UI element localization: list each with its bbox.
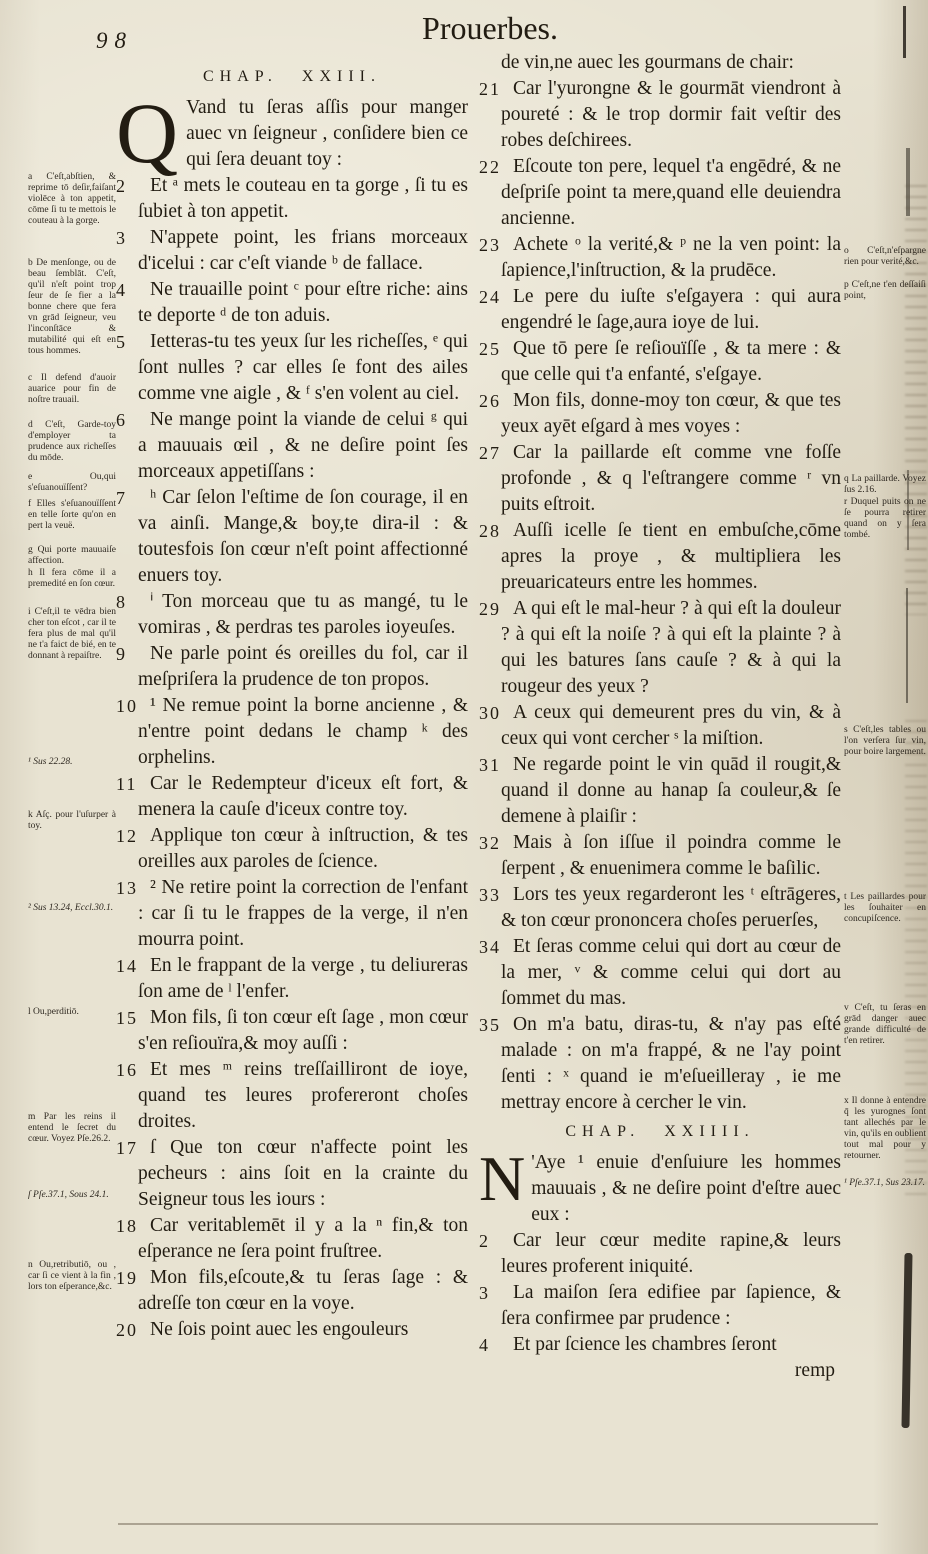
verse: 21Car l'yurongne & le gourmāt viendront … — [479, 76, 841, 154]
verse: 31Ne regarde point le vin quād il rougit… — [479, 752, 841, 830]
verse: 19Mon fils,eſcoute,& tu ſeras ſage : & a… — [116, 1265, 468, 1317]
verse: 12Applique ton cœur à inſtruction, & tes… — [116, 823, 468, 875]
verse-text: Ietteras-tu tes yeux ſur les richeſſes, … — [138, 331, 468, 404]
verse: 3La maiſon ſera edifiee par ſapience, & … — [479, 1280, 841, 1332]
verse-text: Mon fils, ſi ton cœur eſt ſage , mon cœu… — [138, 1007, 468, 1054]
verse-number: 4 — [479, 1332, 503, 1358]
verse-number: 33 — [479, 882, 503, 908]
verse-number: 2 — [116, 173, 140, 199]
verse-number: 24 — [479, 284, 503, 310]
margin-note: ¹ Sus 22.28. — [28, 757, 116, 768]
verse-number: 12 — [116, 823, 140, 849]
margin-note: l Ou,perditiō. — [28, 1007, 116, 1018]
verse-text: Achete ᵒ la verité,& ᵖ ne la ven point: … — [501, 234, 841, 281]
verse-text: Mon fils, donne-moy ton cœur, & que tes … — [501, 390, 841, 437]
verse: 35On m'a batu, diras-tu, & n'ay pas eſté… — [479, 1012, 841, 1116]
verse-20-continuation: de vin,ne auec les gourmans de chair: — [479, 50, 841, 76]
verse-number: 27 — [479, 440, 503, 466]
verse-number: 10 — [116, 693, 140, 719]
verse-text: ⁱ Ton morceau que tu as mangé, tu le vom… — [138, 591, 468, 638]
verse-number: 18 — [116, 1213, 140, 1239]
verse: 13² Ne retire point la correction de l'e… — [116, 875, 468, 953]
verse-text: Ne parle point és oreilles du fol, car i… — [138, 643, 468, 690]
verse-number: 4 — [116, 277, 140, 303]
verse: 26Mon fils, donne-moy ton cœur, & que te… — [479, 388, 841, 440]
verse-1-ch24: N'Aye ¹ enuie d'enſuiure les hommes mauu… — [479, 1150, 841, 1228]
verse-number: 19 — [116, 1265, 140, 1291]
margin-note: h Il fera cōme il a premedité en ſon cœu… — [28, 568, 116, 590]
verse: 33Lors tes yeux regarderont les ᵗ eſtrāg… — [479, 882, 841, 934]
verse: 9Ne parle point és oreilles du fol, car … — [116, 641, 468, 693]
left-margin-notes: a C'eſt,abſtien, & reprime tō deſir,faiſ… — [28, 0, 116, 1554]
margin-note: m Par les reins il entend le ſecret du c… — [28, 1112, 116, 1145]
margin-note: ſ Pſe.37.1, Sous 24.1. — [28, 1190, 116, 1201]
margin-note: ² Sus 13.24, Eccl.30.1. — [28, 903, 116, 914]
verse-text: ² Ne retire point la correction de l'enf… — [138, 877, 468, 950]
verse-number: 30 — [479, 700, 503, 726]
verse: 3N'appete point, les frians morceaux d'i… — [116, 225, 468, 277]
verse: 20Ne ſois point auec les engouleurs — [116, 1317, 468, 1343]
verse-text: Lors tes yeux regarderont les ᵗ eſtrāger… — [501, 884, 841, 931]
margin-note: a C'eſt,abſtien, & reprime tō deſir,faiſ… — [28, 172, 116, 227]
verse: 15Mon fils, ſi ton cœur eſt ſage , mon c… — [116, 1005, 468, 1057]
verse-number: 5 — [116, 329, 140, 355]
verse: 2Et ᵃ mets le couteau en ta gorge , ſi t… — [116, 173, 468, 225]
verse: 8ⁱ Ton morceau que tu as mangé, tu le vo… — [116, 589, 468, 641]
verse-number: 32 — [479, 830, 503, 856]
verse-number: 3 — [479, 1280, 503, 1306]
verse-text: ʰ Car ſelon l'eſtime de ſon courage, il … — [138, 487, 468, 586]
verse-text: Car le Redempteur d'iceux eſt fort, & me… — [138, 773, 468, 820]
verse: 4Ne trauaille point ᶜ pour eſtre riche: … — [116, 277, 468, 329]
verse: 4Et par ſcience les chambres ſeront — [479, 1332, 841, 1358]
verse-number: 9 — [116, 641, 140, 667]
verse-number: 7 — [116, 485, 140, 511]
verse-text: Ne ſois point auec les engouleurs — [150, 1319, 408, 1340]
verse-text: N'appete point, les frians morceaux d'ic… — [138, 227, 468, 274]
verse-text: Et ſeras comme celui qui dort au cœur de… — [501, 936, 841, 1009]
verse-number: 3 — [116, 225, 140, 251]
verse-text: Et mes ᵐ reins treſſailliront de ioye, q… — [138, 1059, 468, 1132]
verse-text: La maiſon ſera edifiee par ſapience, & ſ… — [501, 1282, 841, 1329]
verse-number: 23 — [479, 232, 503, 258]
verse-text: Ne regarde point le vin quād il rougit,&… — [501, 754, 841, 827]
verse-number: 13 — [116, 875, 140, 901]
drop-cap-q: Q — [116, 95, 186, 167]
verse-text: Car leur cœur medite rapine,& leurs leur… — [501, 1230, 841, 1277]
page-bleed-through — [905, 720, 927, 1200]
margin-note: e Ou,qui s'eſuanouïſſent? — [28, 472, 116, 494]
margin-note: k Aſç. pour l'uſurper à toy. — [28, 810, 116, 832]
verse: 29A qui eſt le mal-heur ? à qui eſt la d… — [479, 596, 841, 700]
verse: 23Achete ᵒ la verité,& ᵖ ne la ven point… — [479, 232, 841, 284]
ink-mark — [903, 6, 906, 58]
verse-text: Car la paillarde eſt comme vne foſſe pro… — [501, 442, 841, 515]
verses-ch24: 2Car leur cœur medite rapine,& leurs leu… — [479, 1228, 841, 1358]
margin-note: g Qui porte mauuaiſe affection. — [28, 545, 116, 567]
verse-number: 35 — [479, 1012, 503, 1038]
verse-text: Vand tu ſeras aſſis pour manger auec vn … — [186, 97, 468, 170]
verse: 17ſ Que ton cœur n'affecte point les pec… — [116, 1135, 468, 1213]
chapter-heading-24: CHAP. XXIIII. — [479, 1119, 841, 1145]
verse-number: 21 — [479, 76, 503, 102]
verse-text: ¹ Ne remue point la borne ancienne , & n… — [138, 695, 468, 768]
verse: 11Car le Redempteur d'iceux eſt fort, & … — [116, 771, 468, 823]
margin-note: b De menſonge, ou de beau ſemblāt. C'eſt… — [28, 258, 116, 357]
verse: 16Et mes ᵐ reins treſſailliront de ioye,… — [116, 1057, 468, 1135]
verse-text: Auſſi icelle ſe tient en embuſche,cōme a… — [501, 520, 841, 593]
verse-number: 17 — [116, 1135, 140, 1161]
right-text-column: de vin,ne auec les gourmans de chair: 21… — [479, 50, 841, 1384]
verse-number: 2 — [479, 1228, 503, 1254]
margin-note: n Ou,retributiō, ou , car ſi ce vient à … — [28, 1260, 116, 1293]
catchword: remp — [479, 1358, 841, 1384]
verse-text: Mais à ſon iſſue il poindra comme le ſer… — [501, 832, 841, 879]
verse: 10¹ Ne remue point la borne ancienne , &… — [116, 693, 468, 771]
verse-text: Car veritablemēt il y a la ⁿ fin,& ton e… — [138, 1215, 468, 1262]
margin-note: d C'eſt, Garde-toy d'employer ta prudenc… — [28, 420, 116, 464]
verse-number: 31 — [479, 752, 503, 778]
verse-text: En le frappant de la verge , tu deliurer… — [138, 955, 468, 1002]
verse-text: Le pere du iuſte s'eſgayera : qui aura e… — [501, 286, 841, 333]
verse-number: 11 — [116, 771, 140, 797]
verse-text: ſ Que ton cœur n'affecte point les peche… — [138, 1137, 468, 1210]
verse-number: 26 — [479, 388, 503, 414]
running-title: Prouerbes. — [50, 10, 928, 47]
margin-note: f Elles s'eſuanouïſſent en telle ſorte q… — [28, 499, 116, 532]
verse-number: 16 — [116, 1057, 140, 1083]
verse-text: Car l'yurongne & le gourmāt viendront à … — [501, 78, 841, 151]
verse-number: 14 — [116, 953, 140, 979]
verse: 34Et ſeras comme celui qui dort au cœur … — [479, 934, 841, 1012]
verse: 28Auſſi icelle ſe tient en embuſche,cōme… — [479, 518, 841, 596]
verse: 30A ceux qui demeurent pres du vin, & à … — [479, 700, 841, 752]
verse: 14En le frappant de la verge , tu deliur… — [116, 953, 468, 1005]
verse-text: On m'a batu, diras-tu, & n'ay pas eſté m… — [501, 1014, 841, 1113]
verse-text: Mon fils,eſcoute,& tu ſeras ſage : & adr… — [138, 1267, 468, 1314]
verse-text: Et par ſcience les chambres ſeront — [513, 1334, 777, 1355]
margin-note: c Il defend d'auoir auarice pour fin de … — [28, 373, 116, 406]
verse-text: Applique ton cœur à inſtruction, & tes o… — [138, 825, 468, 872]
verse-text: A qui eſt le mal-heur ? à qui eſt la dou… — [501, 598, 841, 697]
verse-text: Et ᵃ mets le couteau en ta gorge , ſi tu… — [138, 175, 468, 222]
verse: 22Eſcoute ton pere, lequel t'a engēdré, … — [479, 154, 841, 232]
verse: 18Car veritablemēt il y a la ⁿ fin,& ton… — [116, 1213, 468, 1265]
verses-ch23-left: 2Et ᵃ mets le couteau en ta gorge , ſi t… — [116, 173, 468, 1343]
verses-ch23-right: 21Car l'yurongne & le gourmāt viendront … — [479, 76, 841, 1116]
verse-number: 15 — [116, 1005, 140, 1031]
verse-number: 20 — [116, 1317, 140, 1343]
verse-number: 29 — [479, 596, 503, 622]
book-page: { "colors": { "paper": "#e8e3d2", "ink":… — [0, 0, 928, 1554]
verse: 32Mais à ſon iſſue il poindra comme le ſ… — [479, 830, 841, 882]
verse-number: 8 — [116, 589, 140, 615]
verse: 6Ne mange point la viande de celui ᵍ qui… — [116, 407, 468, 485]
margin-note: i C'eſt,il te vēdra bien cher ton eſcot … — [28, 607, 116, 662]
drop-cap-n: N — [479, 1150, 531, 1205]
verse: 2Car leur cœur medite rapine,& leurs leu… — [479, 1228, 841, 1280]
page-bleed-through — [905, 185, 927, 615]
verse-text: Eſcoute ton pere, lequel t'a engēdré, & … — [501, 156, 841, 229]
verse: 24Le pere du iuſte s'eſgayera : qui aura… — [479, 284, 841, 336]
verse: 27Car la paillarde eſt comme vne foſſe p… — [479, 440, 841, 518]
verse-text: A ceux qui demeurent pres du vin, & à ce… — [501, 702, 841, 749]
verse-text: Que tō pere ſe reſiouïſſe , & ta mere : … — [501, 338, 841, 385]
verse-number: 25 — [479, 336, 503, 362]
verse-text: Ne mange point la viande de celui ᵍ qui … — [138, 409, 468, 482]
left-text-column: CHAP. XXIII. QVand tu ſeras aſſis pour m… — [116, 64, 468, 1343]
verse-number: 28 — [479, 518, 503, 544]
scan-line — [118, 1523, 878, 1525]
verse-text: Ne trauaille point ᶜ pour eſtre riche: a… — [138, 279, 468, 326]
verse-1-ch23: QVand tu ſeras aſſis pour manger auec vn… — [116, 95, 468, 173]
verse-number: 6 — [116, 407, 140, 433]
verse: 25Que tō pere ſe reſiouïſſe , & ta mere … — [479, 336, 841, 388]
verse-number: 22 — [479, 154, 503, 180]
verse-number: 34 — [479, 934, 503, 960]
verse: 7ʰ Car ſelon l'eſtime de ſon courage, il… — [116, 485, 468, 589]
verse-text: 'Aye ¹ enuie d'enſuiure les hommes mauua… — [531, 1152, 841, 1225]
verse: 5Ietteras-tu tes yeux ſur les richeſſes,… — [116, 329, 468, 407]
